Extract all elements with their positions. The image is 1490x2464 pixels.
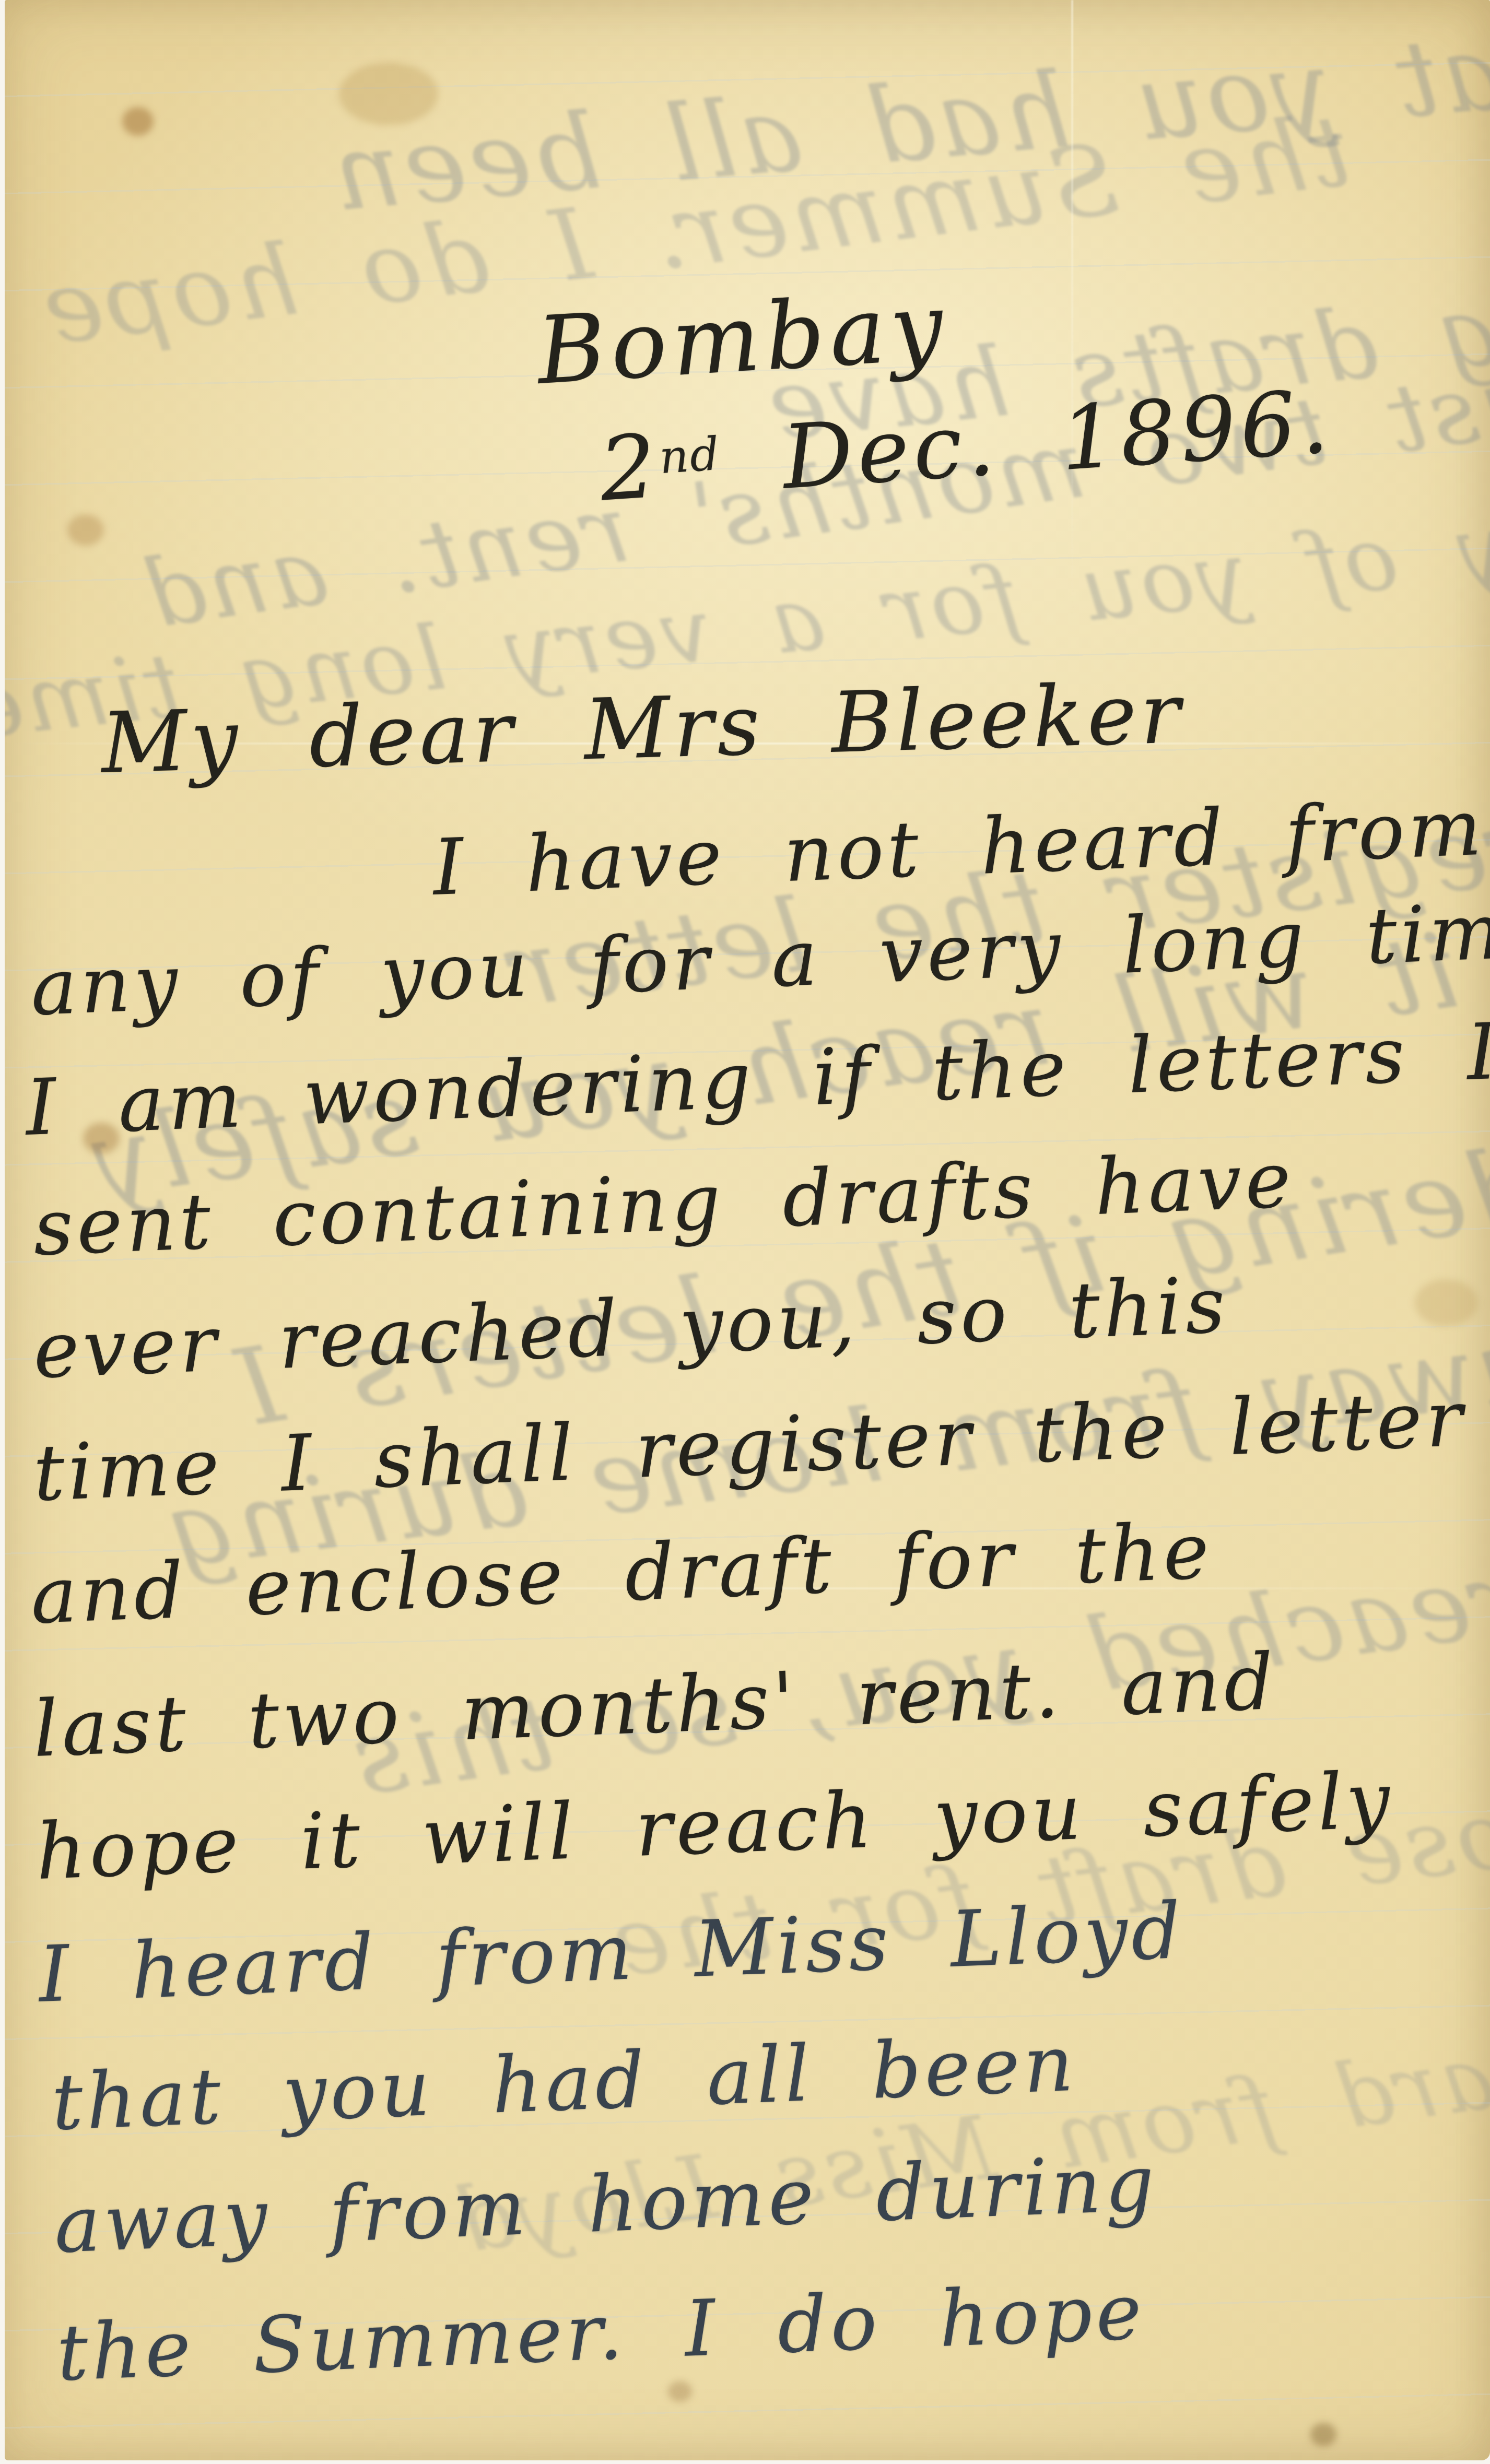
bleed-through-text: that you had all been [326, 2, 1490, 235]
foxing-spot [122, 107, 154, 136]
date-ordinal: nd [658, 427, 722, 484]
body-line: time I shall register the letter [32, 1378, 1468, 1515]
crease-line [1071, 0, 1073, 616]
body-line: any of you for a very long time [29, 889, 1490, 1029]
letter-date: 2nd Dec. 1896. [597, 375, 1335, 516]
body-line: sent containing drafts have [32, 1139, 1296, 1269]
body-line: last two months' rent. and [32, 1642, 1278, 1771]
foxing-spot [1415, 1279, 1477, 1326]
body-line: I am wondering if the letters I [24, 1011, 1490, 1149]
foxing-spot [339, 63, 438, 125]
foxing-spot [67, 514, 104, 546]
date-rest: Dec. 1896. [779, 370, 1335, 509]
foxing-spot [1310, 2423, 1336, 2446]
body-line: away from home during [53, 2143, 1159, 2266]
body-line: and enclose draft for the [29, 1511, 1214, 1637]
scan-background: { "letter": { "place": "Bombay", "date_d… [0, 0, 1490, 2464]
body-line: hope it will reach you safely [34, 1760, 1395, 1893]
body-line: the Summer. I do hope [55, 2271, 1147, 2394]
body-line: I heard from Miss Lloyd [37, 1891, 1186, 2016]
letter-page: that you had all been the Summer. I do h… [5, 0, 1490, 2460]
body-line: I have not heard from [431, 787, 1486, 909]
body-line: ever reached you, so this [32, 1265, 1230, 1392]
salutation: My dear Mrs Bleeker [100, 669, 1185, 787]
place-name: Bombay [534, 278, 951, 400]
foxing-spot [668, 2381, 692, 2402]
body-line: that you had all been [50, 2023, 1078, 2144]
date-day: 2 [596, 415, 663, 521]
